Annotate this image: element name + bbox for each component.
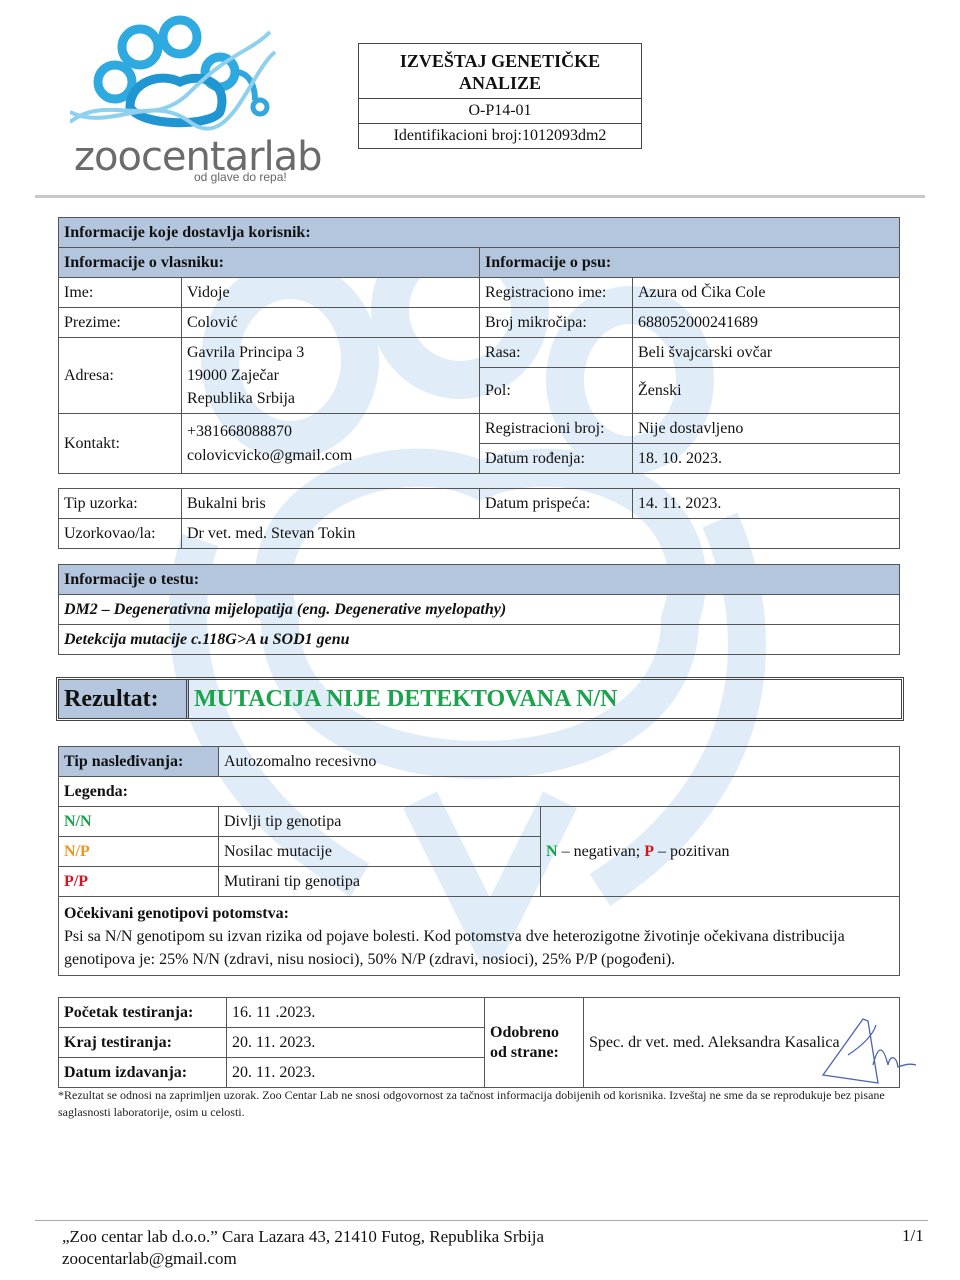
offspring-title: Očekivani genotipovi potomstva: bbox=[64, 902, 894, 925]
label: Kontakt: bbox=[59, 414, 182, 474]
offspring-section: Očekivani genotipovi potomstva: Psi sa N… bbox=[59, 897, 900, 976]
dog-breed: Beli švajcarski ovčar bbox=[633, 338, 900, 368]
label: Adresa: bbox=[59, 338, 182, 414]
issue-date: 20. 11. 2023. bbox=[227, 1058, 485, 1088]
genotype-code: N/N bbox=[59, 807, 219, 837]
user-info-table: Informacije koje dostavlja korisnik: Inf… bbox=[58, 217, 900, 474]
dog-section-title: Informacije o psu: bbox=[480, 248, 900, 278]
sample-table: Tip uzorka: Bukalni bris Datum prispeća:… bbox=[58, 488, 900, 549]
company-logo: zoocentarlab od glave do repa! bbox=[70, 12, 340, 190]
owner-last-name: Colović bbox=[182, 308, 480, 338]
legend-table: Tip nasleđivanja: Autozomalno recesivno … bbox=[58, 746, 900, 976]
label: Uzorkovao/la: bbox=[59, 519, 182, 549]
document-code: O-P14-01 bbox=[359, 99, 642, 124]
paw-dna-logo-icon bbox=[70, 12, 340, 137]
owner-first-name: Vidoje bbox=[182, 278, 480, 308]
test-name: DM2 – Degenerativna mijelopatija (eng. D… bbox=[59, 595, 900, 625]
footer-divider bbox=[35, 1220, 928, 1221]
label: Tip uzorka: bbox=[59, 489, 182, 519]
test-info-table: Informacije o testu: DM2 – Degenerativna… bbox=[58, 564, 900, 655]
genotype-desc: Nosilac mutacije bbox=[219, 837, 541, 867]
key-p-text: – pozitivan bbox=[654, 843, 730, 860]
label: Pol: bbox=[480, 368, 633, 414]
footer-email: zoocentarlab@gmail.com bbox=[62, 1248, 544, 1270]
owner-address: Gavrila Principa 3 19000 Zaječar Republi… bbox=[182, 338, 480, 414]
approved-label: Odobreno od strane: bbox=[485, 998, 584, 1088]
test-start-date: 16. 11 .2023. bbox=[227, 998, 485, 1028]
legend-key: N – negativan; P – pozitivan bbox=[541, 807, 900, 897]
owner-section-title: Informacije o vlasniku: bbox=[59, 248, 480, 278]
inheritance-label: Tip nasleđivanja: bbox=[59, 747, 219, 777]
offspring-text: Psi sa N/N genotipom su izvan rizika od … bbox=[64, 925, 894, 971]
sample-type: Bukalni bris bbox=[182, 489, 480, 519]
header-divider bbox=[35, 195, 925, 198]
label: Prezime: bbox=[59, 308, 182, 338]
label: Početak testiranja: bbox=[59, 998, 227, 1028]
label: Datum prispeća: bbox=[480, 489, 633, 519]
footer: „Zoo centar lab d.o.o.” Cara Lazara 43, … bbox=[62, 1226, 544, 1270]
sampled-by: Dr vet. med. Stevan Tokin bbox=[182, 519, 900, 549]
dog-registered-name: Azura od Čika Cole bbox=[633, 278, 900, 308]
label: Registraciono ime: bbox=[480, 278, 633, 308]
inheritance-value: Autozomalno recesivno bbox=[219, 747, 900, 777]
logo-tagline: od glave do repa! bbox=[194, 170, 287, 184]
owner-email: colovicvicko@gmail.com bbox=[187, 444, 474, 468]
page-number: 1/1 bbox=[902, 1226, 924, 1246]
label: Registracioni broj: bbox=[480, 414, 633, 444]
label: Kraj testiranja: bbox=[59, 1028, 227, 1058]
report-title-box: IZVEŠTAJ GENETIČKE ANALIZE O-P14-01 Iden… bbox=[358, 43, 642, 149]
test-section-title: Informacije o testu: bbox=[59, 565, 900, 595]
dog-sex: Ženski bbox=[633, 368, 900, 414]
address-line: 19000 Zaječar bbox=[187, 364, 474, 387]
key-n-text: – negativan; bbox=[558, 843, 645, 860]
genotype-code: N/P bbox=[59, 837, 219, 867]
address-line: Republika Srbija bbox=[187, 387, 474, 410]
identification-number: Identifikacioni broj:1012093dm2 bbox=[359, 124, 642, 149]
dog-microchip: 688052000241689 bbox=[633, 308, 900, 338]
report-title: IZVEŠTAJ GENETIČKE ANALIZE bbox=[359, 44, 642, 99]
label: Broj mikročipa: bbox=[480, 308, 633, 338]
genotype-desc: Divlji tip genotipa bbox=[219, 807, 541, 837]
dog-registration-number: Nije dostavljeno bbox=[633, 414, 900, 444]
test-detection: Detekcija mutacije c.118G>A u SOD1 genu bbox=[59, 625, 900, 655]
test-end-date: 20. 11. 2023. bbox=[227, 1028, 485, 1058]
result-value: MUTACIJA NIJE DETEKTOVANA N/N bbox=[189, 680, 901, 718]
legend-title: Legenda: bbox=[59, 777, 900, 807]
dates-table: Početak testiranja: 16. 11 .2023. Odobre… bbox=[58, 997, 900, 1088]
key-n: N bbox=[546, 843, 558, 860]
owner-contact: +381668088870 colovicvicko@gmail.com bbox=[182, 414, 480, 474]
result-label: Rezultat: bbox=[59, 680, 189, 718]
label: Rasa: bbox=[480, 338, 633, 368]
signature-icon bbox=[818, 1015, 918, 1087]
disclaimer-note: *Rezultat se odnosi na zaprimljen uzorak… bbox=[58, 1087, 898, 1121]
address-line: Gavrila Principa 3 bbox=[187, 341, 474, 364]
genotype-desc: Mutirani tip genotipa bbox=[219, 867, 541, 897]
label: Datum izdavanja: bbox=[59, 1058, 227, 1088]
dog-date-of-birth: 18. 10. 2023. bbox=[633, 444, 900, 474]
genotype-code: P/P bbox=[59, 867, 219, 897]
result-box: Rezultat: MUTACIJA NIJE DETEKTOVANA N/N bbox=[56, 677, 904, 721]
footer-address: „Zoo centar lab d.o.o.” Cara Lazara 43, … bbox=[62, 1226, 544, 1248]
owner-phone: +381668088870 bbox=[187, 420, 474, 444]
arrival-date: 14. 11. 2023. bbox=[633, 489, 900, 519]
section-title: Informacije koje dostavlja korisnik: bbox=[59, 218, 900, 248]
label: Datum rođenja: bbox=[480, 444, 633, 474]
key-p: P bbox=[644, 843, 654, 860]
label: Ime: bbox=[59, 278, 182, 308]
